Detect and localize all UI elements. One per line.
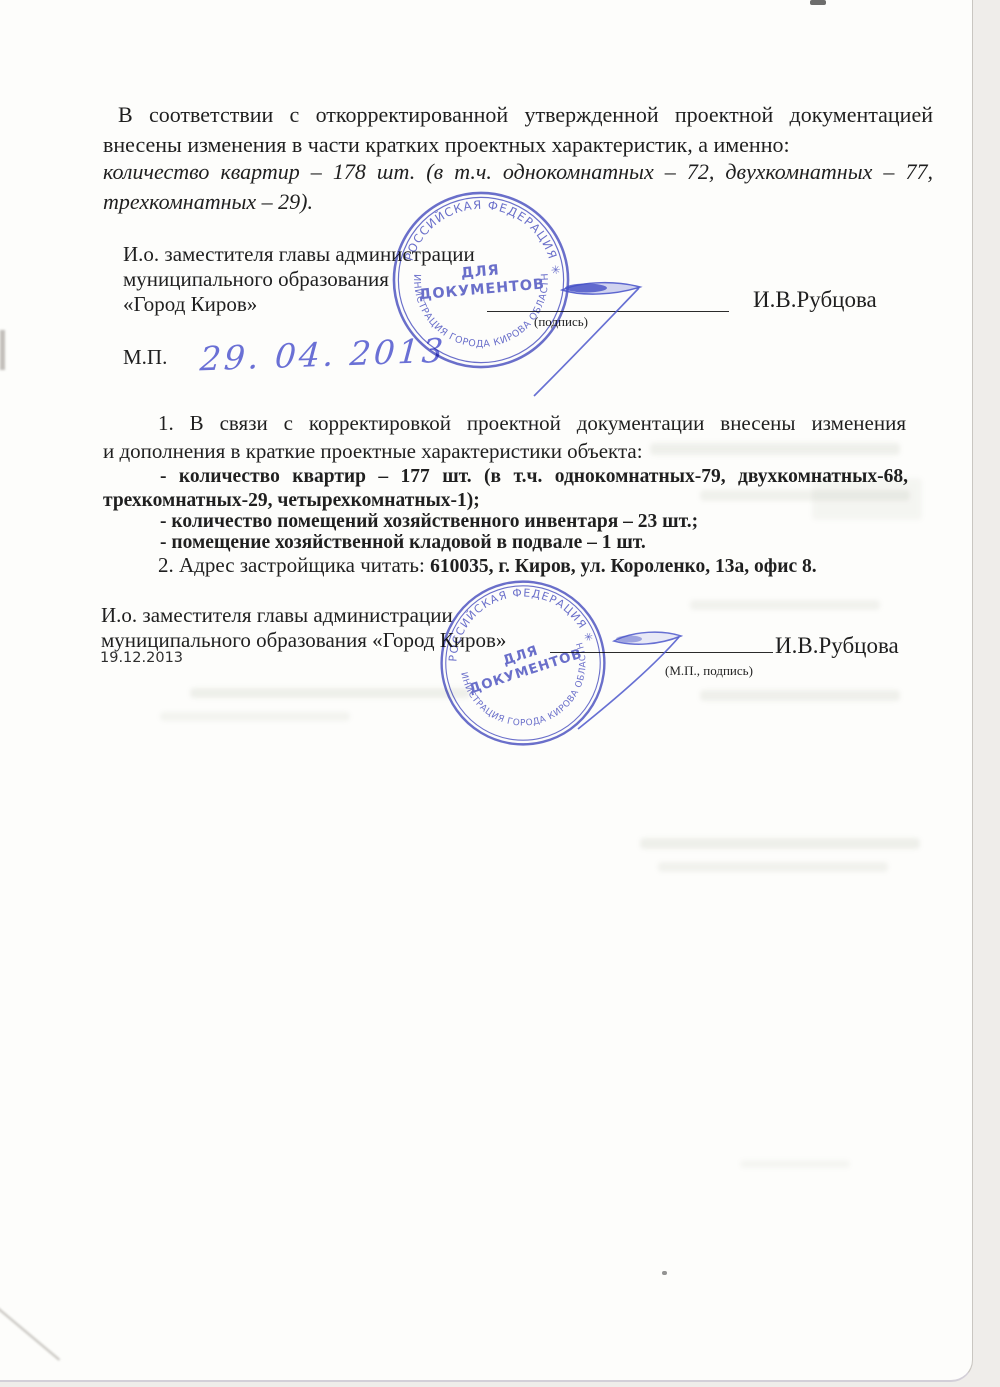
- amendment-line2: и дополнения в краткие проектные характе…: [103, 438, 643, 464]
- amendment-line1: 1. В связи с корректировкой проектной до…: [103, 410, 906, 436]
- paragraph1-line4: трехкомнатных – 29).: [103, 188, 313, 216]
- signature-caption: (М.П., подпись): [665, 663, 753, 679]
- bleedthrough-smudge: [160, 712, 350, 721]
- official-title-line3: «Город Киров»: [123, 291, 257, 317]
- bleedthrough-smudge: [690, 600, 880, 610]
- bleedthrough-smudge: [640, 838, 920, 849]
- scan-speck: [810, 0, 826, 5]
- bleedthrough-smudge: [658, 862, 888, 872]
- amendment-line3: - количество квартир – 177 шт. (в т.ч. о…: [103, 465, 908, 489]
- scanned-document: { "page": { "para1": { "line1": "В соотв…: [0, 0, 1000, 1387]
- stamp-center-line1: ДЛЯ: [460, 262, 500, 281]
- paragraph1-line2: внесены изменения в части кратких проект…: [103, 131, 790, 159]
- stamp-center-line2: ДОКУМЕНТОВ: [418, 276, 545, 303]
- paragraph1-line1: В соответствии с откорректированной утве…: [103, 101, 933, 129]
- signer-name: И.В.Рубцова: [775, 632, 899, 661]
- page-edge-mark: [0, 330, 5, 370]
- official-title2-line1: И.о. заместителя главы администрации: [101, 602, 453, 628]
- document-date: 19.12.2013: [100, 649, 183, 667]
- official-round-stamp: РОССИЙСКАЯ ФЕДЕРАЦИЯ ✳ АДМИНИСТРАЦИЯ ГОР…: [389, 188, 573, 372]
- bleedthrough-smudge: [190, 688, 470, 698]
- bleedthrough-smudge: [650, 443, 900, 455]
- address-prefix: 2. Адрес застройщика читать:: [158, 553, 430, 577]
- paragraph1-line3: количество квартир – 178 шт. (в т.ч. одн…: [103, 158, 933, 186]
- scan-speck: [662, 1271, 667, 1275]
- bleedthrough-smudge: [740, 1160, 850, 1168]
- amendment-line7: 2. Адрес застройщика читать: 610035, г. …: [158, 552, 817, 579]
- developer-address: 610035, г. Киров, ул. Короленко, 13а, оф…: [430, 556, 817, 577]
- official-title-line2: муниципального образования: [123, 266, 389, 292]
- signer-name: И.В.Рубцова: [753, 286, 877, 315]
- seal-place-label: М.П.: [123, 344, 167, 370]
- bleedthrough-smudge: [700, 690, 900, 701]
